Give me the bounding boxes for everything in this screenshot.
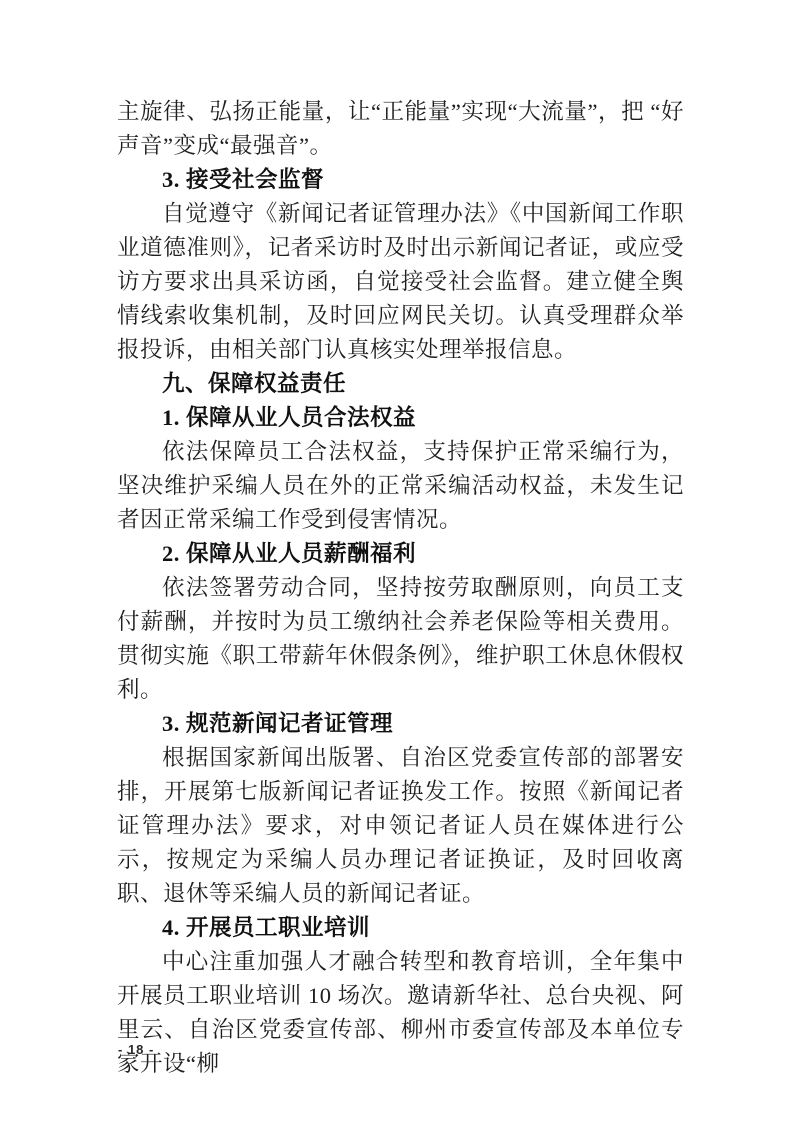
heading-press-card-management: 3. 规范新闻记者证管理 bbox=[117, 707, 684, 741]
paragraph: 依法签署劳动合同，坚持按劳取酬原则，向员工支付薪酬，并按时为员工缴纳社会养老保险… bbox=[117, 571, 684, 707]
heading-salary-welfare: 2. 保障从业人员薪酬福利 bbox=[117, 537, 684, 571]
heading-staff-training: 4. 开展员工职业培训 bbox=[117, 911, 684, 945]
page-content: 主旋律、弘扬正能量，让“正能量”实现“大流量”，把 “好声音”变成“最强音”。 … bbox=[117, 95, 684, 1081]
paragraph-continuation: 主旋律、弘扬正能量，让“正能量”实现“大流量”，把 “好声音”变成“最强音”。 bbox=[117, 95, 684, 163]
page-number: - 18 - bbox=[118, 1042, 154, 1057]
paragraph: 根据国家新闻出版署、自治区党委宣传部的部署安排，开展第七版新闻记者证换发工作。按… bbox=[117, 741, 684, 911]
section-heading-rights-protection: 九、保障权益责任 bbox=[117, 367, 684, 401]
heading-protect-legal-rights: 1. 保障从业人员合法权益 bbox=[117, 401, 684, 435]
paragraph: 中心注重加强人才融合转型和教育培训，全年集中开展员工职业培训 10 场次。邀请新… bbox=[117, 945, 684, 1081]
heading-accept-social-supervision: 3. 接受社会监督 bbox=[117, 163, 684, 197]
paragraph: 依法保障员工合法权益，支持保护正常采编行为，坚决维护采编人员在外的正常采编活动权… bbox=[117, 435, 684, 537]
document-page: 主旋律、弘扬正能量，让“正能量”实现“大流量”，把 “好声音”变成“最强音”。 … bbox=[0, 0, 800, 1131]
paragraph: 自觉遵守《新闻记者证管理办法》《中国新闻工作职业道德准则》，记者采访时及时出示新… bbox=[117, 197, 684, 367]
